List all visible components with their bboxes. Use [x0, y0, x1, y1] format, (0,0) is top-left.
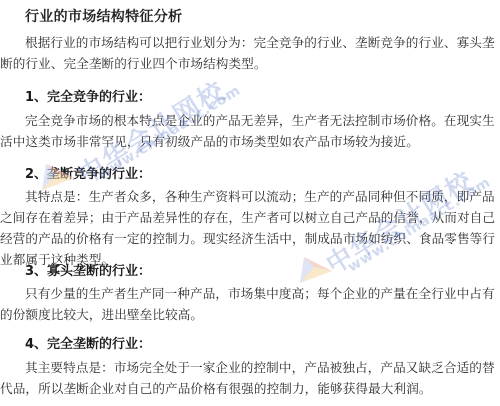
section-3-body: 只有少量的生产者生产同一种产品，市场集中度高；每个企业的产量在全行业中占有的份额…	[0, 283, 496, 325]
section-4-heading: 4、完全垄断的行业：	[25, 333, 151, 352]
document-title: 行业的市场结构特征分析	[25, 6, 182, 26]
intro-paragraph: 根据行业的市场结构可以把行业划分为：完全竞争的行业、垄断竞争的行业、寡头垄断的行…	[0, 32, 496, 74]
section-2-heading: 2、垄断竞争的行业：	[25, 163, 151, 182]
section-1-body: 完全竞争市场的根本特点是企业的产品无差异，生产者无法控制市场价格。在现实生活中这…	[0, 110, 496, 152]
section-1-heading: 1、完全竞争的行业：	[25, 86, 151, 105]
section-3-heading: 3、寡头垄断的行业：	[25, 260, 151, 279]
section-4-body: 其主要特点是：市场完全处于一家企业的控制中，产品被独占，产品又缺乏合适的替代品，…	[0, 357, 496, 399]
document-page: 行业的市场结构特征分析 根据行业的市场结构可以把行业划分为：完全竞争的行业、垄断…	[0, 0, 500, 406]
section-2-body: 其特点是：生产者众多，各种生产资料可以流动；生产的产品同种但不同质，即产品之间存…	[0, 186, 496, 270]
